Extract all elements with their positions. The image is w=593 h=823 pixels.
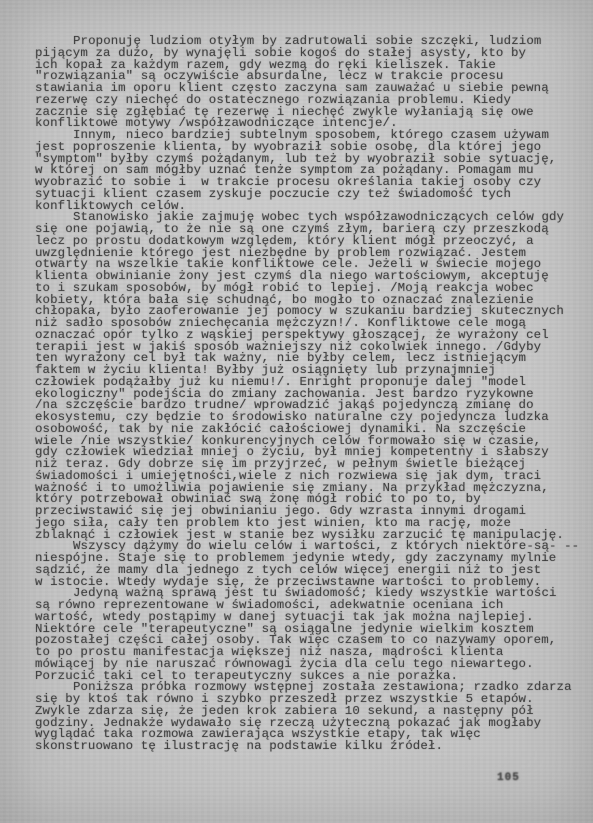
paragraph: Innym, nieco bardziej subtelnym sposobem…	[35, 130, 563, 212]
paragraph: Stanowisko jakie zajmuję wobec tych wspó…	[35, 212, 563, 541]
paragraph: Jedyną ważną sprawą jest tu świadomość; …	[35, 588, 563, 682]
paragraph: Poniższa próbka rozmowy wstępnej została…	[35, 682, 563, 753]
page-number: 105	[497, 772, 520, 784]
text-line: skonstruowano tę ilustrację na podstawie…	[35, 741, 563, 753]
paragraph: Wszyscy dążymy do wielu celów i wartości…	[35, 541, 563, 588]
scanned-page: Proponuję ludziom otyłym by zadrutowali …	[0, 0, 593, 823]
paragraph: Proponuję ludziom otyłym by zadrutowali …	[35, 36, 563, 130]
page-text: Proponuję ludziom otyłym by zadrutowali …	[35, 36, 563, 753]
